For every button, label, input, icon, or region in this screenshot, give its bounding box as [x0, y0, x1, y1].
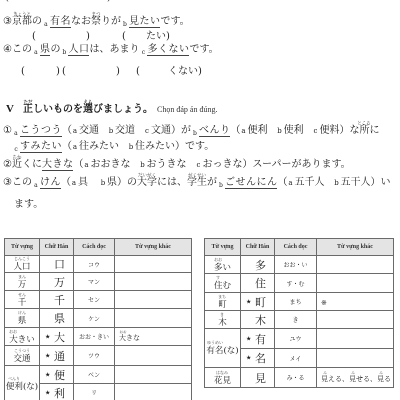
kanji-cell: ★名 [241, 349, 275, 368]
option: bおうきな [139, 159, 186, 171]
reading-cell: す・む [275, 274, 317, 293]
star-icon: ★ [246, 298, 251, 305]
kanji-text: 学生 [187, 177, 207, 188]
kanji: 見 [255, 372, 266, 385]
instruction-vietnamese: Chọn đáp án đúng. [157, 104, 217, 116]
exercise-v-question-2: ② 近ちか くに 大きな （ aおおきな bおうきな cおっきな ） スーパーが… [3, 159, 351, 171]
header-kanji: Chữ Hán [40, 239, 74, 256]
reading-cell: おお・い [275, 256, 317, 274]
other-vocab-cell [115, 366, 192, 384]
kanji: 有 [255, 333, 266, 346]
option-label: b [100, 177, 106, 189]
option-text: 五千人 [294, 177, 324, 189]
paren-open: （ [61, 177, 71, 189]
other-vocab-cell [317, 349, 394, 368]
vocab-cell: 町まち [205, 293, 241, 311]
vocab-cell: 住すむ [205, 274, 241, 293]
furigana: おお [9, 330, 17, 334]
option-label: b [128, 141, 134, 153]
furigana: えら [83, 101, 92, 106]
word-with-furigana: 見み [377, 374, 384, 384]
text: が [181, 125, 191, 137]
other-vocab-cell: ※ [317, 293, 394, 311]
kanji-cell: 住 [241, 274, 275, 293]
other-vocab-cell [317, 329, 394, 349]
paren-open: （ [230, 125, 240, 137]
kanji-cell: ★町 [241, 293, 275, 311]
option: a往みたい [72, 141, 119, 153]
text: です。 [189, 44, 218, 56]
marker-a: a [42, 22, 50, 28]
paren-close: ） [175, 141, 185, 153]
table-row: 千せん 千 セン [5, 291, 192, 309]
word-with-furigana: 所ところ [359, 125, 369, 137]
word-text: い [223, 263, 232, 273]
word-with-furigana: 有名ゆうめい [206, 344, 223, 356]
text: しいものを [33, 104, 83, 116]
vocab-cell: 便利べんり(な) [5, 366, 40, 400]
text: この [12, 44, 32, 56]
other-vocab-cell [317, 311, 394, 329]
star-icon: ★ [246, 355, 251, 362]
word-text: 見 [321, 375, 328, 383]
text: なお [71, 16, 91, 28]
marker-b: b [217, 183, 225, 189]
underlined-word-b: 人口 [68, 44, 89, 56]
kanji: 町 [255, 296, 266, 309]
word-text: 大 [119, 334, 126, 342]
word-with-furigana: 万まん [18, 278, 27, 290]
option-text: 県 [107, 177, 117, 189]
word-with-furigana: 大おお [119, 333, 126, 343]
kanji: 通 [54, 350, 65, 363]
kanji-cell: 万 [40, 273, 74, 291]
reading-cell: マン [74, 273, 115, 291]
kanji: 多 [255, 259, 266, 272]
star-icon: ★ [246, 335, 251, 342]
word-with-furigana: 千せん [18, 296, 27, 308]
reading-cell: おお・きい [74, 328, 115, 346]
option: c便料 [312, 125, 339, 137]
answer-a-open: ( [21, 66, 25, 78]
option-text: おっきな [202, 159, 242, 171]
furigana: べんり [8, 377, 20, 381]
vocab-cell: 千せん [5, 291, 40, 309]
option-label: c [144, 125, 150, 137]
vocab-cell: 万まん [5, 273, 40, 291]
option: cおっきな [195, 159, 242, 171]
word-text: 花見 [214, 376, 231, 386]
text: の [50, 44, 60, 56]
word-with-furigana: 花見はなみ [214, 374, 231, 386]
vocab-cell: 多おおい [205, 256, 241, 274]
option: b県 [100, 177, 117, 189]
word-with-furigana: 祭まつ [91, 16, 101, 28]
answer-a-open: ( [32, 31, 36, 43]
marker-c: c [12, 147, 20, 153]
option-text: おおきな [90, 159, 130, 171]
kanji-text: 選 [83, 104, 93, 115]
word-with-furigana: 町まち [218, 298, 227, 310]
other-vocab-cell [115, 273, 192, 291]
underlined-word-b: ごせんにん [225, 177, 278, 189]
vocab-cell: 人口じんこう [5, 256, 40, 273]
option-label: a [71, 177, 77, 189]
paren-open: （ [277, 177, 287, 189]
word-text: 見 [349, 375, 356, 383]
option: b使利 [276, 125, 303, 137]
option-text: おうきな [146, 159, 186, 171]
table-row: 大おおきい ★大 おお・きい 大おおきな [5, 328, 192, 346]
underlined-word-c: すみたい [20, 141, 62, 153]
word-text: 木 [218, 318, 227, 328]
word-with-furigana: 正ただ [23, 104, 33, 116]
furigana: み [379, 372, 383, 376]
kanji-cell: ★便 [40, 366, 74, 384]
underlined-word-a: こうつう [20, 125, 62, 137]
table-header-row: Từ vựng Chữ Hán Cách đọc Từ vựng khác [5, 239, 192, 256]
answer-c-open: ( [136, 66, 140, 78]
star-icon: ★ [45, 389, 50, 396]
marker-b: b [191, 131, 199, 137]
paren-open: （ [62, 125, 72, 137]
text: ます。 [14, 199, 43, 211]
answer-options-a: a具 b県 [71, 177, 117, 189]
vocab-table-left: Từ vựng Chữ Hán Cách đọc Từ vựng khác 人口… [4, 238, 192, 400]
option-label: b [108, 125, 114, 137]
option: b五干人 [333, 177, 370, 189]
answer-c-suffix: くない) [168, 66, 202, 78]
vocab-cell: 大おおきい [5, 328, 40, 346]
header-other-vocab: Từ vựng khác [115, 239, 192, 256]
furigana: けん [18, 311, 26, 315]
reading-cell: き [275, 311, 317, 329]
other-vocab-cell: 見みえる、見みせる、見みる [317, 368, 394, 388]
option-text: 五干人 [340, 177, 370, 189]
word-text: 住 [214, 281, 223, 291]
vocab-table-right: Từ vựng Chữ Hán Cách đọc Từ vựng khác 多お… [204, 238, 394, 388]
exercise-v-question-3: ③ この a けん （ a具 b県 ） の 大学だいがく には、 学生がくせい … [3, 177, 390, 189]
kanji-cell: ★利 [40, 384, 74, 400]
text: この [12, 177, 32, 189]
furigana: こうつう [14, 349, 30, 353]
marker-c: c [139, 50, 147, 56]
answer-b-close: ) [116, 66, 120, 78]
star-icon: ★ [45, 352, 50, 359]
kanji: 千 [54, 294, 65, 307]
option-label: b [276, 125, 282, 137]
answer-a-close: ) [56, 66, 60, 78]
option: aおおきな [83, 159, 130, 171]
option: a便利 [240, 125, 267, 137]
table-row: 木き 木 き [205, 311, 394, 329]
option-text: 往みたい [79, 141, 119, 153]
answer-paren-close: ) [107, 0, 111, 4]
word-with-furigana: 住す [214, 279, 223, 291]
star-icon: ★ [45, 333, 50, 340]
text: の [32, 16, 42, 28]
option-text: 使利 [283, 125, 303, 137]
question-number: ② [3, 159, 12, 171]
marker-a: a [32, 50, 40, 56]
paren-open: （ [73, 159, 83, 171]
option-label: b [139, 159, 145, 171]
reading-cell: セン [74, 291, 115, 309]
option-text: 交道 [115, 125, 135, 137]
reading-cell: み・る [275, 368, 317, 388]
reading-cell: コウ [74, 256, 115, 273]
reading-cell: ベン [74, 366, 115, 384]
marker-a: a [12, 131, 20, 137]
word-text: (な) [23, 382, 38, 392]
paren-close: ） [117, 177, 127, 189]
table-row: 花見はなみ 見 み・る 見みえる、見みせる、見みる [205, 368, 394, 388]
furigana: だいがく [138, 174, 156, 179]
text: は、あまり [89, 44, 139, 56]
word-text: 大 [9, 335, 18, 345]
option: b住みたい [128, 141, 175, 153]
word-with-furigana: 交通こうつう [13, 352, 30, 364]
word-text: きな [126, 334, 140, 342]
word-text: 万 [18, 280, 27, 290]
kanji: 住 [255, 277, 266, 290]
exercise-v-heading: V 正ただ しいものを 選えら びましょう。 Chọn đáp án đúng. [6, 103, 217, 115]
option: a具 [71, 177, 88, 189]
table-row: 交通こうつう ★通 ツウ [5, 346, 192, 366]
option: a交通 [72, 125, 99, 137]
text: い [380, 177, 390, 189]
table-row: 住すむ 住 す・む [205, 274, 394, 293]
reading-cell: まち [275, 293, 317, 311]
other-vocab-cell [115, 309, 192, 328]
word-with-furigana: 木き [218, 316, 227, 328]
word-with-furigana: 近ちか [12, 159, 22, 171]
table-row: 便利べんり(な) ★便 ベン [5, 366, 192, 384]
other-vocab-cell [115, 384, 192, 400]
kanji-text: 祭 [91, 16, 101, 27]
table-row: 多おおい 多 おお・い [205, 256, 394, 274]
furigana: じんこう [14, 257, 30, 261]
word-text: る [384, 375, 391, 383]
answer-b-open: ( [122, 31, 126, 43]
underlined-word-b: 見たい [129, 16, 161, 28]
other-vocab-cell [115, 346, 192, 366]
exercise-v-question-3-line-2: ます。 [14, 199, 43, 211]
kanji: 大 [54, 331, 65, 344]
vocab-cell: 有名ゆうめい(な) [205, 329, 241, 368]
furigana: み [323, 372, 327, 376]
table-row: 県けん 県 ケン [5, 309, 192, 328]
question-number: ③ [3, 16, 12, 28]
word-with-furigana: 多おお [214, 261, 223, 273]
exercise-iv-question-4: ④ この a 県 の b 人口 は、あまり c 多くない です。 [3, 44, 219, 56]
furigana: き [220, 313, 224, 317]
furigana: はなみ [216, 371, 228, 375]
text: な [349, 125, 359, 137]
kanji-cell: 県 [40, 309, 74, 328]
text: の [127, 177, 137, 189]
word-with-furigana: 大学だいがく [137, 177, 157, 189]
kanji: 万 [54, 276, 65, 289]
answer-options-c: a往みたい b住みたい [72, 141, 175, 153]
word-text: せる、 [356, 375, 377, 383]
reading-cell: ツウ [74, 346, 115, 366]
word-with-furigana: 県けん [18, 314, 27, 326]
kanji-cell: 口 [40, 256, 74, 273]
star-icon: ★ [45, 371, 50, 378]
furigana: ちか [12, 156, 21, 161]
answer-options-b: a五千人 b五干人 [287, 177, 370, 189]
underlined-word-a: けん [40, 177, 61, 189]
option-label: a [83, 159, 89, 171]
word-with-furigana: 京都きょうと [12, 16, 32, 28]
word-text: 千 [18, 298, 27, 308]
answer-options-a: a交通 b交道 c文通 [72, 125, 171, 137]
underlined-word: 大きな [42, 159, 74, 171]
kanji-cell: 木 [241, 311, 275, 329]
other-vocab-cell [317, 256, 394, 274]
word-with-furigana: 見み [321, 374, 328, 384]
question-number: ③ [3, 177, 12, 189]
kanji: 県 [54, 312, 65, 325]
header-vocab: Từ vựng [205, 239, 241, 256]
instruction-japanese: 正ただ しいものを 選えら びましょう。 [23, 104, 153, 116]
header-vocab: Từ vựng [5, 239, 40, 256]
word-text: える、 [328, 375, 349, 383]
kanji-text: 所 [359, 125, 369, 136]
word-with-furigana: 便利べんり [6, 380, 23, 392]
word-text: む [223, 281, 232, 291]
other-vocab-cell: 大おおきな [115, 328, 192, 346]
exercise-v-question-1: ① a こうつう （ a交通 b交道 c文通 ） が b べんり （ a便利 b… [3, 125, 379, 137]
word-with-furigana: 見み [349, 374, 356, 384]
answer-a-close: ) [86, 31, 90, 43]
option-text: 文通 [151, 125, 171, 137]
kanji: 口 [54, 258, 65, 271]
paren-close: ） [339, 125, 349, 137]
word-text: 多 [214, 263, 223, 273]
word-text: 県 [18, 316, 27, 326]
answer-options: aおおきな bおうきな cおっきな [83, 159, 242, 171]
option-text: 便利 [247, 125, 267, 137]
question-number: ① [3, 125, 12, 137]
marker-a: a [32, 183, 40, 189]
kanji-text: 大学 [137, 177, 157, 188]
kanji: 木 [255, 314, 266, 327]
option-text: 具 [78, 177, 88, 189]
option-text: 交通 [79, 125, 99, 137]
paren-open: （ [62, 141, 72, 153]
kanji: 利 [54, 387, 65, 400]
kanji-cell: 多 [241, 256, 275, 274]
table-row: 有名ゆうめい(な) ★有 ユウ [205, 329, 394, 349]
paren-close: ） [171, 125, 181, 137]
other-vocab-cell [317, 274, 394, 293]
vocab-cell: 花見はなみ [205, 368, 241, 388]
word-text: きい [18, 335, 35, 345]
header-kanji: Chữ Hán [241, 239, 275, 256]
furigana: せん [18, 293, 26, 297]
furigana: がくせい [188, 174, 206, 179]
word-with-furigana: 大おお [9, 333, 18, 345]
reading-cell: ユウ [275, 329, 317, 349]
other-vocab-cell [115, 256, 192, 273]
reading-cell: リ [74, 384, 115, 400]
vocab-cell: 県けん [5, 309, 40, 328]
furigana: み [351, 372, 355, 376]
option-text: 便料 [319, 125, 339, 137]
furigana: ただ [23, 101, 32, 106]
option-label: a [72, 125, 78, 137]
furigana: きょうと [13, 13, 31, 18]
furigana: まち [218, 295, 226, 299]
reading-cell: ケン [74, 309, 115, 328]
text: りが [101, 16, 121, 28]
table-row: 万まん 万 マン [5, 273, 192, 291]
furigana: す [216, 276, 220, 280]
word-text: 見 [377, 375, 384, 383]
option: c文通 [144, 125, 171, 137]
exercise-iv-question-3: ③ 京都きょうと の a 有名 なお 祭まつ りが b 見たい です。 [3, 16, 190, 28]
paren-close: ） [242, 159, 252, 171]
option: b交道 [108, 125, 135, 137]
word-text: 人口 [13, 262, 30, 272]
furigana: まつ [91, 13, 100, 18]
kanji-text: 正 [23, 104, 33, 115]
marker-b: b [121, 22, 129, 28]
marker-b: b [60, 50, 68, 56]
furigana: おお [119, 331, 126, 335]
table-header-row: Từ vựng Chữ Hán Cách đọc Từ vựng khác [205, 239, 394, 256]
underlined-word-c: 多くない [147, 44, 189, 56]
option: a五千人 [287, 177, 324, 189]
section-number: V [6, 103, 23, 115]
answer-options-b: a便利 b使利 c便料 [240, 125, 339, 137]
option-label: a [287, 177, 293, 189]
header-reading: Cách đọc [275, 239, 317, 256]
underlined-word-b: べんり [199, 125, 231, 137]
furigana: おお [214, 258, 222, 262]
header-other-vocab: Từ vựng khác [317, 239, 394, 256]
kanji: 便 [54, 369, 65, 382]
furigana: ところ [358, 122, 372, 127]
kanji-text: 京都 [12, 16, 32, 27]
underlined-word-a: 有名 [50, 16, 71, 28]
text: スーパーがあります。 [252, 159, 350, 171]
kanji-cell: ★有 [241, 329, 275, 349]
other-vocab-cell [115, 291, 192, 309]
word-text: (な) [223, 346, 238, 356]
kanji-cell: ★通 [40, 346, 74, 366]
table-row: 人口じんこう 口 コウ [5, 256, 192, 273]
kanji: 名 [255, 352, 266, 365]
answer-paren-open: ( [5, 0, 9, 4]
kanji-text: 近 [12, 159, 22, 170]
word-with-furigana: 人口じんこう [13, 260, 30, 272]
word-with-furigana: 学生がくせい [187, 177, 207, 189]
furigana: ゆうめい [207, 341, 223, 345]
text: びましょう。 [93, 104, 153, 116]
furigana: まん [18, 275, 26, 279]
exercise-v-question-1-line-2: c すみたい （ a往みたい b住みたい ） です。 [12, 141, 214, 153]
word-with-furigana: 選えら [83, 104, 93, 116]
paren-close: ） [370, 177, 380, 189]
header-reading: Cách đọc [74, 239, 115, 256]
option-label: b [333, 177, 339, 189]
word-text: 町 [218, 300, 227, 310]
exercise-iv-question-3-answers: ( ) ( たい) [0, 31, 220, 43]
vocab-cell: 木き [205, 311, 241, 329]
